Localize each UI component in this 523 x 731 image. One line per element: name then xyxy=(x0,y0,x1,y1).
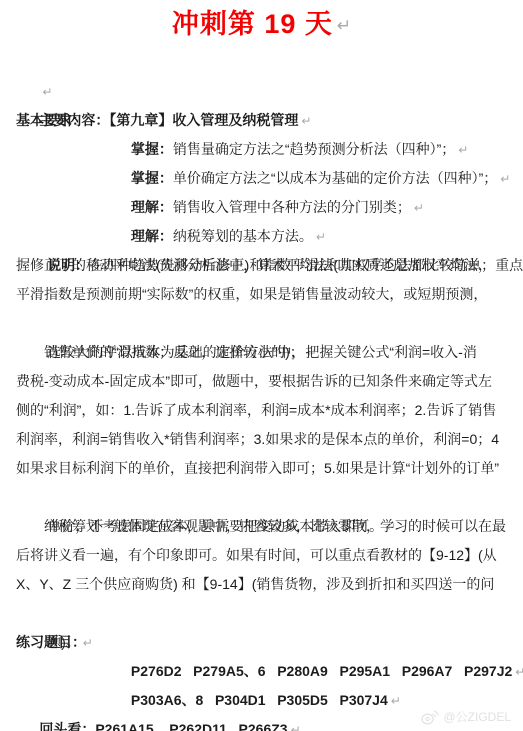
page-title: 冲刺第 19 天 xyxy=(172,9,333,39)
requirement-item-label: 掌握： xyxy=(131,170,173,186)
pricing-line: 销售单价的“以成本为基础的定价方法”中，把握关键公式“利润=收入-消 xyxy=(16,338,507,367)
document-content: 冲刺第 19 天↵ ↵ 主要内容：【第九章】收入管理及纳税管理↵ 基本要求： 掌… xyxy=(0,0,523,715)
practice-label: 练习题目： xyxy=(16,628,92,657)
tax-line: 题)。↵ xyxy=(16,599,507,628)
paragraph-mark-icon: ↵ xyxy=(391,694,401,708)
requirement-item-text: 销售量确定方法之“趋势预测分析法（四种）”； xyxy=(173,141,455,157)
pricing-line: 如果求目标利润下的单价，直接把利润带入即可；5.如果是计算“计划外的订单” xyxy=(16,454,507,483)
paragraph-mark-icon: ↵ xyxy=(458,143,468,157)
requirements-items: 掌握：销售量确定方法之“趋势预测分析法（四种）”；↵ 掌握：单价确定方法之“以成… xyxy=(92,106,510,222)
requirement-item: 掌握：销售量确定方法之“趋势预测分析法（四种）”；↵ xyxy=(92,106,510,135)
main-content-line: 主要内容：【第九章】收入管理及纳税管理↵ xyxy=(16,77,507,106)
pricing-line: 单价，不考虑固定成本，只需要把变动成本带入即可。↵ xyxy=(16,483,507,512)
weibo-icon xyxy=(420,709,440,725)
requirements-block: 基本要求： 掌握：销售量确定方法之“趋势预测分析法（四种）”；↵ 掌握：单价确定… xyxy=(16,106,507,222)
paragraph-mark-icon: ↵ xyxy=(337,16,351,35)
pricing-line: 费税-变动成本-固定成本”即可，做题中，要根据告诉的已知条件来确定等式左 xyxy=(16,367,507,396)
empty-paragraph: ↵ xyxy=(16,48,507,77)
requirement-item-label: 理解： xyxy=(131,199,173,215)
watermark-text: @公ZIGDEL xyxy=(443,708,511,725)
requirements-label: 基本要求： xyxy=(16,106,92,135)
tax-line: X、Y、Z 三个供应商购货) 和【9-14】(销售货物，涉及到折扣和买四送一的问 xyxy=(16,570,507,599)
tax-line: 纳税筹划一般体现在客观题中，内容较多，比较零散，学习的时候可以在最 xyxy=(16,512,507,541)
practice-codes: P303A6、8 P304D1 P305D5 P307J4 xyxy=(131,692,388,708)
notes-line: 选较大的平滑指数；反之，选择较小的)；↵ xyxy=(16,309,507,338)
paragraph-mark-icon: ↵ xyxy=(316,230,326,244)
tax-paragraph: 纳税筹划一般体现在客观题中，内容较多，比较零散，学习的时候可以在最 后将讲义看一… xyxy=(16,512,507,628)
pricing-line: 侧的“利润”，如：1.告诉了成本利润率，利润=成本*成本利润率；2.告诉了销售 xyxy=(16,396,507,425)
paragraph-mark-icon: ↵ xyxy=(515,665,523,679)
practice-codes: P276D2 P279A5、6 P280A9 P295A1 P296A7 P29… xyxy=(131,663,512,679)
tax-line: 后将讲义看一遍，有个印象即可。如果有时间，可以重点看教材的【9-12】(从 xyxy=(16,541,507,570)
requirement-item-text: 纳税筹划的基本方法。 xyxy=(173,228,313,244)
document-page: 冲刺第 19 天↵ ↵ 主要内容：【第九章】收入管理及纳税管理↵ 基本要求： 掌… xyxy=(0,0,523,731)
review-codes: P261A15 P262D11 P266Z3 xyxy=(95,721,287,731)
pricing-line: 利润率，利润=销售收入*销售利润率；3.如果求的是保本点的单价，利润=0；4 xyxy=(16,425,507,454)
pricing-paragraph: 销售单价的“以成本为基础的定价方法”中，把握关键公式“利润=收入-消 费税-变动… xyxy=(16,338,507,512)
notes-line: 平滑指数是预测前期“实际数”的权重，如果是销售量波动较大，或短期预测， xyxy=(16,280,507,309)
notes-line: 握修正了的移动平均法(先移动后修正)和指数平滑法(其实质还是加权平均法， xyxy=(16,251,507,280)
paragraph-mark-icon: ↵ xyxy=(500,172,510,186)
paragraph-mark-icon: ↵ xyxy=(414,201,424,215)
practice-lines: P276D2 P279A5、6 P280A9 P295A1 P296A7 P29… xyxy=(92,628,523,686)
document-title-line: 冲刺第 19 天↵ xyxy=(16,0,507,48)
watermark: @公ZIGDEL xyxy=(420,708,511,725)
practice-line: P276D2 P279A5、6 P280A9 P295A1 P296A7 P29… xyxy=(92,628,523,657)
requirement-item-label: 理解： xyxy=(131,228,173,244)
requirement-item-text: 单价确定方法之“以成本为基础的定价方法（四种）”； xyxy=(173,170,497,186)
requirement-item-text: 销售收入管理中各种方法的分门别类； xyxy=(173,199,411,215)
paragraph-mark-icon: ↵ xyxy=(291,723,301,731)
review-label: 回头看： xyxy=(39,721,95,731)
paragraph-mark-icon: ↵ xyxy=(42,85,52,99)
requirement-item-label: 掌握： xyxy=(131,141,173,157)
